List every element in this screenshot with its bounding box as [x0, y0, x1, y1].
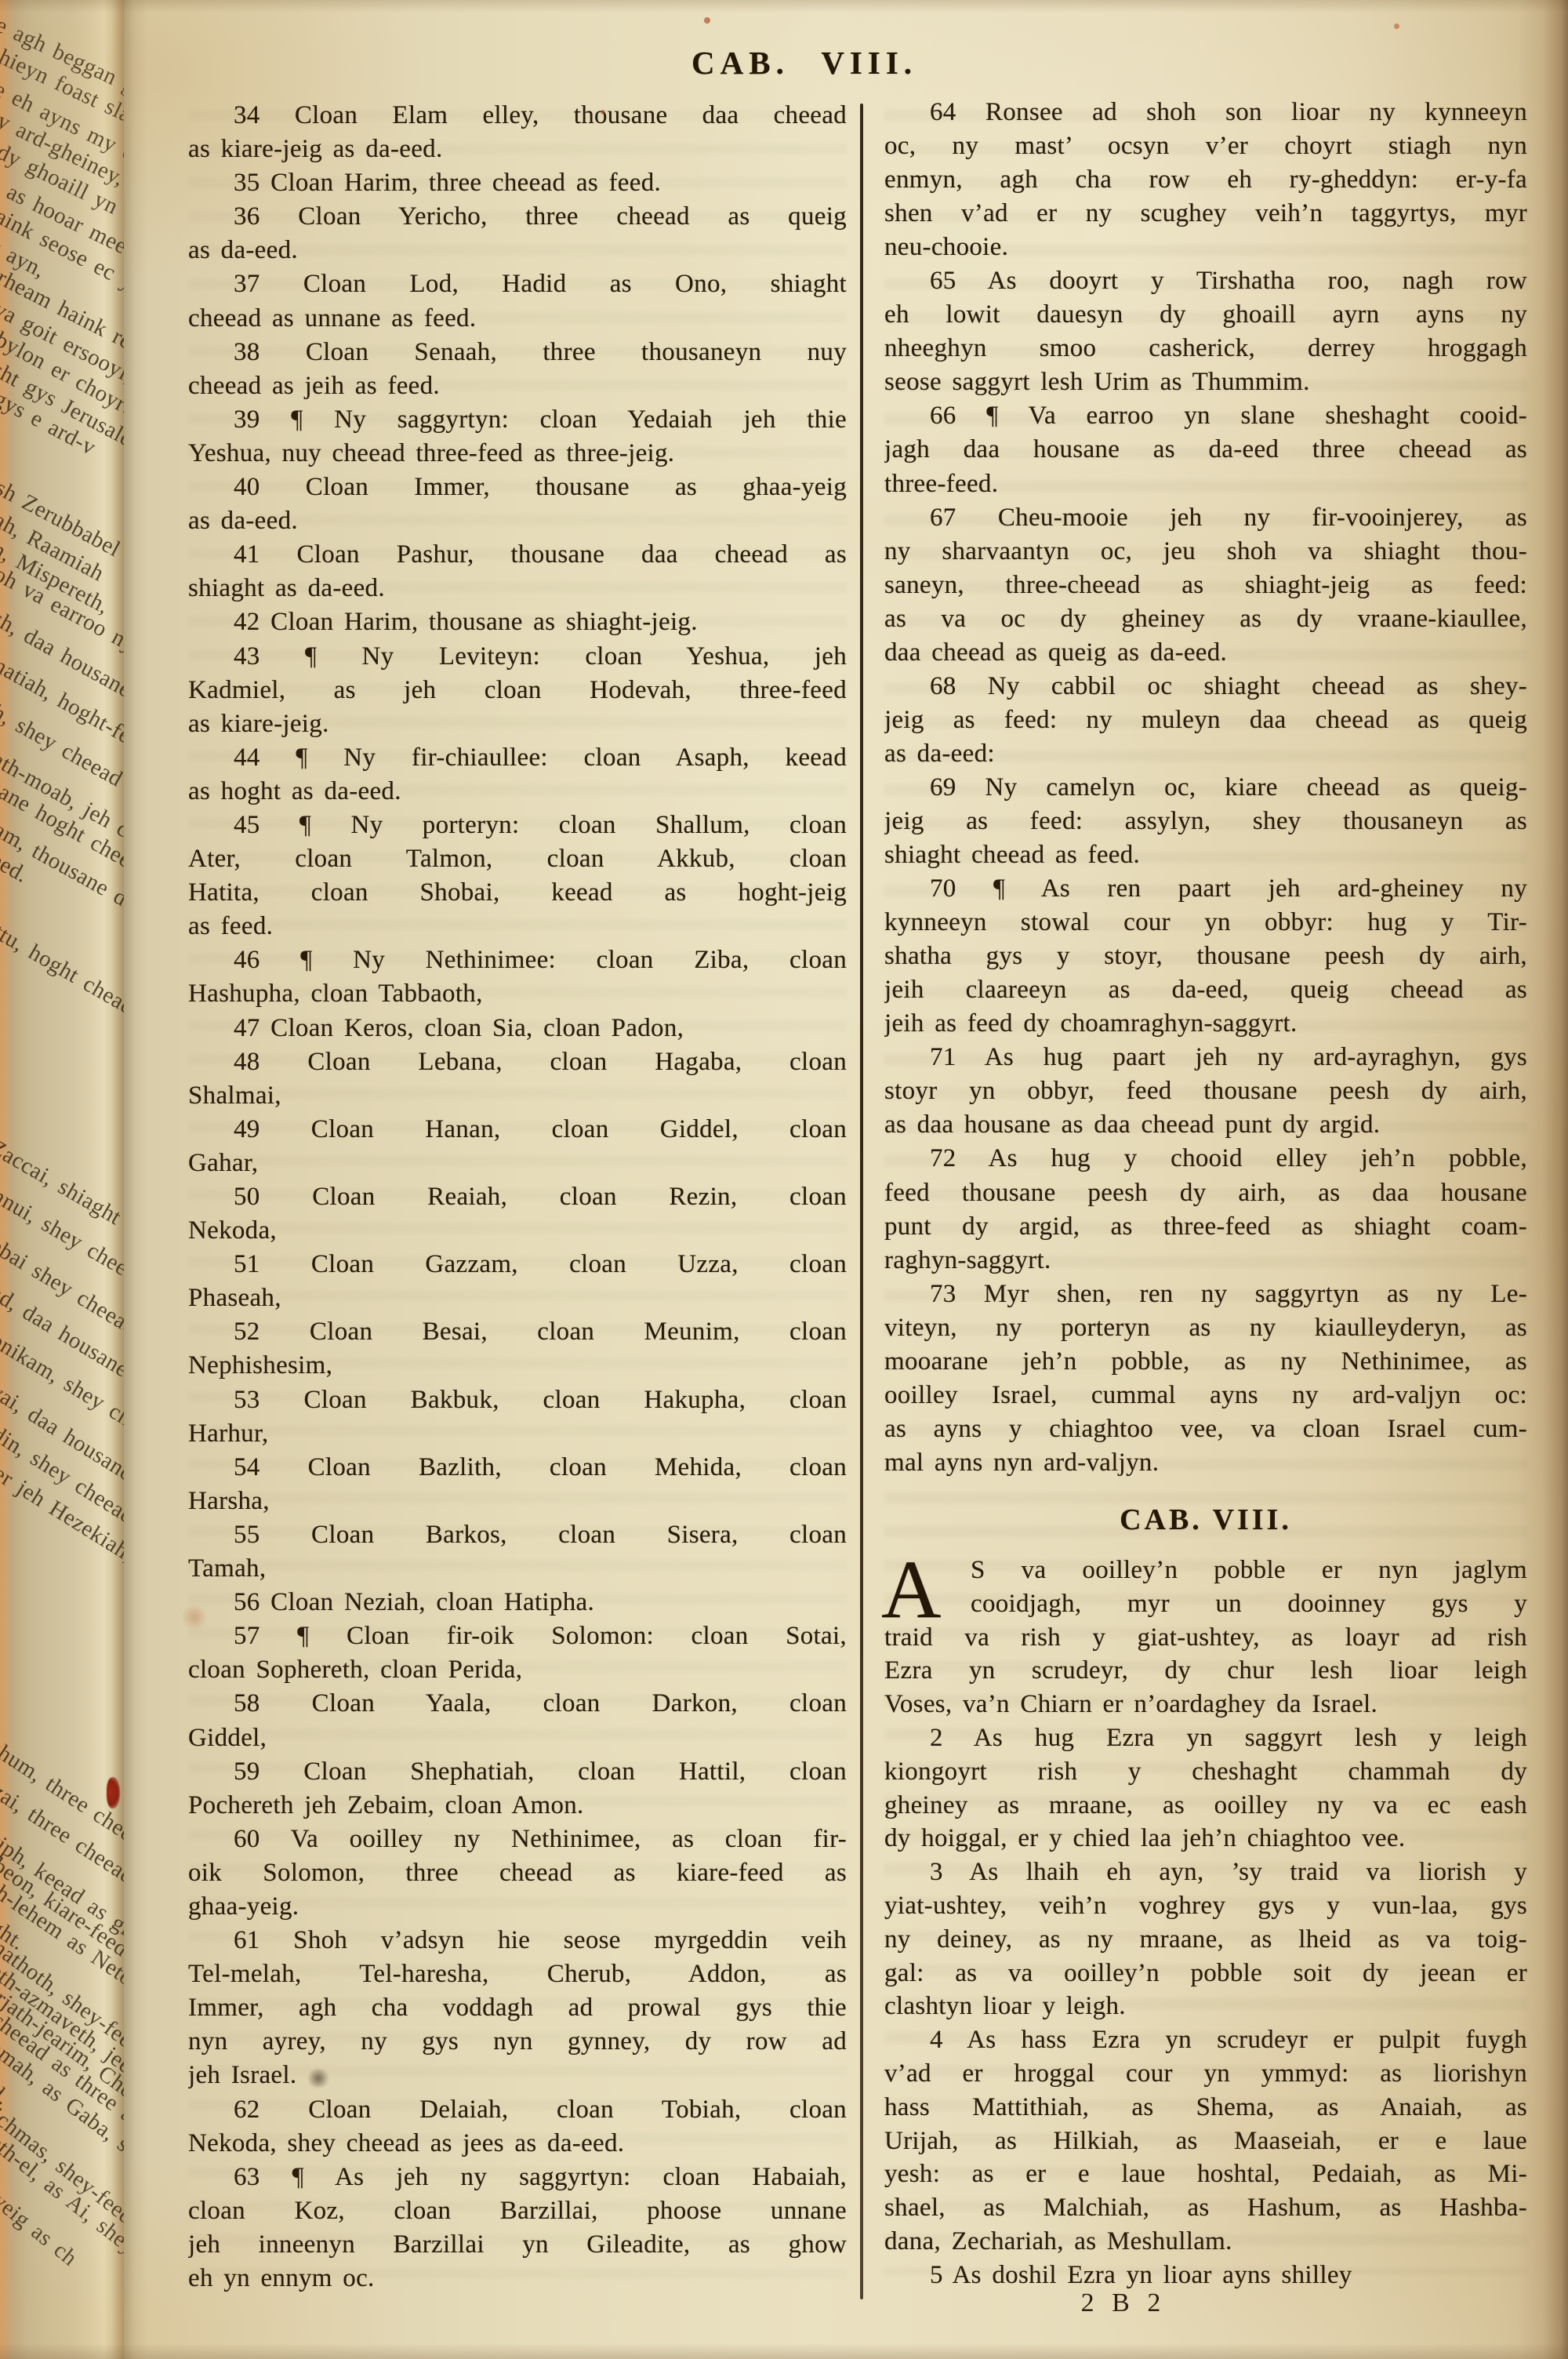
text-line: yesh: as er e laue hoshtal, Pedaiah, as … [884, 2157, 1527, 2191]
text-line: Nekoda, shey cheead as jees as da-eed. [188, 2127, 847, 2161]
text-line: 71 As hug paart jeh ny ard-ayraghyn, gys [884, 1041, 1527, 1074]
text-line: nyn ayrey, ny gys nyn gynney, dy row ad [188, 2025, 847, 2059]
text-line: 42 Cloan Harim, thousane as shiaght-jeig… [188, 605, 847, 639]
chapter-heading: CAB. VIII. [884, 1503, 1527, 1537]
text-line: Kadmiel, as jeh cloan Hodevah, three-fee… [188, 674, 847, 707]
text-line: as kiare-jeig as da-eed. [188, 133, 847, 166]
text-line: seose saggyrt lesh Urim as Thummim. [884, 365, 1527, 399]
text-line: v’ad er hroggal cour yn ymmyd: as lioris… [884, 2057, 1527, 2091]
gutter-text-fragment: ttu, hoght chead a [0, 919, 124, 1030]
text-line: viteyn, ny porteryn as ny kiaulleyderyn,… [884, 1311, 1527, 1345]
text-line: 65 As dooyrt y Tirshatha roo, nagh row [884, 264, 1527, 298]
text-line: 55 Cloan Barkos, cloan Sisera, cloan [188, 1518, 847, 1552]
text-line: clashtyn lioar y leigh. [884, 1990, 1527, 2023]
text-line: Pochereth jeh Zebaim, cloan Amon. [188, 1789, 847, 1823]
text-line: 4 As hass Ezra yn scrudeyr er pulpit fuy… [884, 2023, 1527, 2057]
text-line: as da-eed: [884, 737, 1527, 771]
red-speck [601, 110, 605, 114]
text-line: Giddel, [188, 1721, 847, 1755]
text-line: 58 Cloan Yaala, cloan Darkon, cloan [188, 1687, 847, 1721]
text-line: 45 ¶ Ny porteryn: cloan Shallum, cloan [188, 809, 847, 842]
right-text-column: 64 Ronsee ad shoh son lioar ny kynneeyno… [884, 96, 1527, 1480]
text-line: shatha gys y stoyr, thousane peesh dy ai… [884, 940, 1527, 973]
red-wax-mark [107, 1777, 120, 1808]
text-line: Phaseah, [188, 1281, 847, 1315]
text-line: jeig as feed: assylyn, shey thousaneyn a… [884, 805, 1527, 838]
text-line: shiaght as da-eed. [188, 572, 847, 605]
text-line: as ayns y chiaghtoo vee, va cloan Israel… [884, 1412, 1527, 1446]
text-line: shen v’ad er ny scughey veih’n taggyrtys… [884, 197, 1527, 231]
text-line: 39 ¶ Ny saggyrtyn: cloan Yedaiah jeh thi… [188, 403, 847, 437]
text-line: jeih claareeyn as da-eed, queig cheead a… [884, 973, 1527, 1007]
text-line: dana, Zechariah, as Meshullam. [884, 2225, 1527, 2259]
left-text-column: 34 Cloan Elam elley, thousane daa cheead… [188, 99, 847, 2295]
text-line: S va ooilley’n pobble er nyn jaglym [884, 1554, 1527, 1587]
text-line: as hoght as da-eed. [188, 775, 847, 809]
text-line: Voses, va’n Chiarn er n’oardaghey da Isr… [884, 1688, 1527, 1721]
text-line: ghaa-yeig. [188, 1890, 847, 1924]
text-line: stoyr yn obbyr, feed thousane peesh dy a… [884, 1074, 1527, 1108]
text-line: 46 ¶ Ny Nethinimee: cloan Ziba, cloan [188, 943, 847, 977]
text-line: 60 Va ooilley ny Nethinimee, as cloan fi… [188, 1823, 847, 1856]
text-line: 48 Cloan Lebana, cloan Hagaba, cloan [188, 1045, 847, 1079]
text-line: 2 As hug Ezra yn saggyrt lesh y leigh [884, 1721, 1527, 1755]
text-line: 41 Cloan Pashur, thousane daa cheead as [188, 538, 847, 572]
text-line: jeh Israel. [188, 2059, 847, 2092]
text-line: as kiare-jeig. [188, 707, 847, 741]
text-line: as va oc dy gheiney as dy vraane-kiaulle… [884, 602, 1527, 636]
text-line: 47 Cloan Keros, cloan Sia, cloan Padon, [188, 1012, 847, 1045]
text-line: 61 Shoh v’adsyn hie seose myrgeddin veih [188, 1924, 847, 1957]
text-line: shiaght cheead as feed. [884, 838, 1527, 872]
text-line: Nephishesim, [188, 1349, 847, 1383]
text-line: jeig as feed: ny muleyn daa cheead as qu… [884, 703, 1527, 737]
chapter-text-block: A S va ooilley’n pobble er nyn jaglymcoo… [884, 1554, 1527, 2292]
text-line: cloan Koz, cloan Barzillai, phoose unnan… [188, 2194, 847, 2228]
text-line: daa cheead as queig as da-eed. [884, 636, 1527, 670]
text-line: 66 ¶ Va earroo yn slane sheshaght cooid- [884, 399, 1527, 433]
text-line: enmyn, agh cha row eh ry-gheddyn: er-y-f… [884, 163, 1527, 197]
text-line: mal ayns nyn ard-valjyn. [884, 1446, 1527, 1480]
page-edge-top [0, 0, 1568, 13]
text-line: dy hoiggal, er y chied laa jeh’n chiaght… [884, 1822, 1527, 1856]
text-line: Urijah, as Hilkiah, as Maaseiah, er e la… [884, 2125, 1527, 2158]
text-line: 54 Cloan Bazlith, cloan Mehida, cloan [188, 1451, 847, 1485]
text-line: hass Mattithiah, as Shema, as Anaiah, as [884, 2091, 1527, 2125]
drop-cap-letter: A [881, 1557, 942, 1623]
text-line: ny deiney, as ny mraane, as lheid as va … [884, 1923, 1527, 1957]
text-line: Immer, agh cha voddagh ad prowal gys thi… [188, 1991, 847, 2025]
text-line: cooidjagh, myr un dooinney gys y [884, 1587, 1527, 1621]
text-line: 51 Cloan Gazzam, cloan Uzza, cloan [188, 1248, 847, 1281]
text-line: kynneeyn stowal cour yn obbyr: hug y Tir… [884, 906, 1527, 940]
text-line: as da-eed. [188, 234, 847, 267]
book-photo: { "page": { "running_head": "CAB. VIII."… [0, 0, 1568, 2359]
text-line: raghyn-saggyrt. [884, 1244, 1527, 1278]
text-line: 62 Cloan Delaiah, cloan Tobiah, cloan [188, 2093, 847, 2127]
text-line: Nekoda, [188, 1214, 847, 1248]
text-line: 70 ¶ As ren paart jeh ard-gheiney ny [884, 872, 1527, 906]
text-line: punt dy argid, as three-feed as shiaght … [884, 1210, 1527, 1244]
text-line: feed thousane peesh dy airh, as daa hous… [884, 1176, 1527, 1210]
text-line: 44 ¶ Ny fir-chiaullee: cloan Asaph, keea… [188, 741, 847, 775]
text-line: Hashupha, cloan Tabbaoth, [188, 977, 847, 1011]
text-line: 40 Cloan Immer, thousane as ghaa-yeig [188, 471, 847, 504]
text-line: Ater, cloan Talmon, cloan Akkub, cloan [188, 842, 847, 876]
ink-smudge [306, 2069, 331, 2088]
text-line: 38 Cloan Senaah, three thousaneyn nuy [188, 336, 847, 369]
text-line: oik Solomon, three cheead as kiare-feed … [188, 1856, 847, 1890]
text-line: neu-chooie. [884, 231, 1527, 264]
text-line: 63 ¶ As jeh ny saggyrtyn: cloan Habaiah, [188, 2161, 847, 2194]
text-line: cloan Sophereth, cloan Perida, [188, 1653, 847, 1687]
text-line: as da-eed. [188, 504, 847, 538]
text-line: traid va rish y giat-ushtey, as loayr ad… [884, 1621, 1527, 1655]
text-line: 49 Cloan Hanan, cloan Giddel, cloan [188, 1113, 847, 1147]
text-line: shael, as Malchiah, as Hashum, as Hashba… [884, 2191, 1527, 2225]
text-line: Ezra yn scrudeyr, dy chur lesh lioar lei… [884, 1654, 1527, 1688]
text-line: cheead as unnane as feed. [188, 302, 847, 336]
text-line: 34 Cloan Elam elley, thousane daa cheead [188, 99, 847, 133]
gutter-crease-shadow [124, 0, 147, 2359]
text-line: Harsha, [188, 1485, 847, 1518]
text-line: ooilley Israel, cummal ayns ny ard-valjy… [884, 1379, 1527, 1412]
text-line: 73 Myr shen, ren ny saggyrtyn as ny Le- [884, 1278, 1527, 1311]
text-line: 37 Cloan Lod, Hadid as Ono, shiaght [188, 267, 847, 301]
text-line: Hatita, cloan Shobai, keead as hoght-jei… [188, 876, 847, 910]
text-line: 68 Ny cabbil oc shiaght cheead as shey- [884, 670, 1527, 703]
text-line: 59 Cloan Shephatiah, cloan Hattil, cloan [188, 1755, 847, 1789]
text-line: yiat-ushtey, veih’n voghrey gys y vun-la… [884, 1889, 1527, 1923]
text-line: 5 As doshil Ezra yn lioar ayns shilley [884, 2259, 1527, 2292]
text-line: kiongoyrt rish y cheshaght chammah dy [884, 1755, 1527, 1789]
text-line: 69 Ny camelyn oc, kiare cheead as queig- [884, 771, 1527, 805]
text-line: 57 ¶ Cloan fir-oik Solomon: cloan Sotai, [188, 1619, 847, 1653]
text-line: 67 Cheu-mooie jeh ny fir-vooinjerey, as [884, 501, 1527, 535]
text-line: as daa housane as daa cheead punt dy arg… [884, 1108, 1527, 1142]
text-line: 3 As lhaih eh ayn, ’sy traid va liorish … [884, 1856, 1527, 1889]
text-line: three-feed. [884, 467, 1527, 501]
text-line: jagh daa housane as da-eed three cheead … [884, 433, 1527, 467]
text-line: oc, ny mast’ ocsyn v’er choyrt stiagh ny… [884, 129, 1527, 163]
text-line: gheiney as mraane, as ooilley ny va ec e… [884, 1789, 1527, 1823]
text-line: 36 Cloan Yericho, three cheead as queig [188, 200, 847, 234]
text-line: mooarane jeh’n pobble, as ny Nethinimee,… [884, 1345, 1527, 1379]
text-line: Yeshua, nuy cheead three-feed as three-j… [188, 437, 847, 471]
text-line: nheeghyn smoo casherick, derrey hroggagh [884, 332, 1527, 365]
text-line: jeh inneenyn Barzillai yn Gileadite, as … [188, 2228, 847, 2262]
text-line: eh lowit dauesyn dy ghoaill ayrn ayns ny [884, 298, 1527, 332]
text-line: 50 Cloan Reaiah, cloan Rezin, cloan [188, 1180, 847, 1214]
text-line: eh yn ennym oc. [188, 2262, 847, 2295]
text-line: jeih as feed dy choamraghyn-saggyrt. [884, 1007, 1527, 1041]
text-line: 53 Cloan Bakbuk, cloan Hakupha, cloan [188, 1383, 847, 1417]
text-line: Harhur, [188, 1417, 847, 1451]
text-line: 52 Cloan Besai, cloan Meunim, cloan [188, 1315, 847, 1349]
rust-stain [180, 1605, 209, 1630]
page-edge-bottom [0, 2343, 1568, 2359]
text-line: gal: as va ooilley’n pobble soit dy jeea… [884, 1957, 1527, 1990]
text-line: 72 As hug y chooid elley jeh’n pobble, [884, 1142, 1527, 1176]
text-line: Tel-melah, Tel-haresha, Cherub, Addon, a… [188, 1957, 847, 1991]
book-gutter: e agh beggan gyshieyn foast slane tre eh… [0, 0, 124, 2359]
text-line: ny sharvaantyn oc, jeu shoh va shiaght t… [884, 535, 1527, 569]
text-line: Gahar, [188, 1147, 847, 1180]
column-divider-rule [860, 104, 863, 2299]
text-line: cheead as jeih as feed. [188, 369, 847, 403]
red-speck [704, 17, 710, 24]
running-head: CAB. VIII. [691, 44, 917, 82]
text-line: as feed. [188, 910, 847, 943]
text-line: Tamah, [188, 1552, 847, 1586]
text-line: 64 Ronsee ad shoh son lioar ny kynneeyn [884, 96, 1527, 129]
red-speck [1394, 24, 1399, 29]
text-line: 56 Cloan Neziah, cloan Hatipha. [188, 1586, 847, 1619]
text-line: saneyn, three-cheead as shiaght-jeig as … [884, 569, 1527, 602]
text-line: 35 Cloan Harim, three cheead as feed. [188, 166, 847, 200]
text-line: 43 ¶ Ny Leviteyn: cloan Yeshua, jeh [188, 640, 847, 674]
signature-mark: 2 B 2 [1049, 2288, 1198, 2318]
text-line: Shalmai, [188, 1079, 847, 1113]
